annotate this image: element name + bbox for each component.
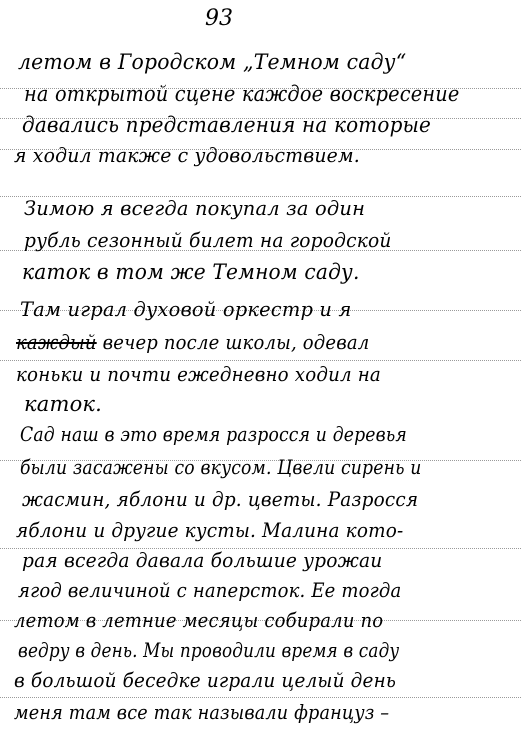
text-line: рая всегда давала большие урожаи	[22, 548, 382, 572]
ruled-line	[0, 360, 521, 361]
text-line: летом в летние месяцы собирали по	[14, 608, 383, 632]
page-number: 93	[205, 6, 233, 31]
text-line: рубль сезонный билет на городской	[24, 228, 392, 252]
text-line: я ходил также с удовольствием.	[14, 143, 360, 167]
manuscript-page: 93 летом в Городском „Темном саду“ на от…	[0, 0, 521, 750]
ruled-line	[0, 697, 521, 698]
text-line: Зимою я всегда покупал за один	[24, 196, 365, 220]
text-line: давались представления на которые	[22, 113, 431, 137]
text-line: Сад наш в это время разросся и деревья	[20, 422, 407, 446]
text-line: Там играл духовой оркестр и я	[20, 297, 352, 321]
text-line: ведру в день. Мы проводили время в саду	[18, 638, 399, 662]
text-line: коньки и почти ежедневно ходил на	[16, 362, 381, 386]
text-line: каток в том же Темном саду.	[22, 260, 360, 284]
struck-word: каждый	[16, 330, 97, 354]
text-line: каждый вечер после школы, одевал	[16, 330, 369, 354]
text-line: каток.	[24, 392, 102, 416]
text-line: летом в Городском „Темном саду“	[18, 50, 406, 74]
text-line: жасмин, яблони и др. цветы. Разросся	[22, 487, 418, 511]
text-line: меня там все так называли француз –	[14, 700, 389, 724]
text-line: яблони и другие кусты. Малина кото-	[16, 518, 403, 542]
text-line: на открытой сцене каждое воскресение	[24, 82, 460, 106]
text-line: были засажены со вкусом. Цвели сирень и	[20, 455, 421, 479]
text-line: ягод величиной с наперсток. Ее тогда	[18, 578, 401, 602]
text-line: в большой беседке играли целый день	[14, 668, 396, 692]
